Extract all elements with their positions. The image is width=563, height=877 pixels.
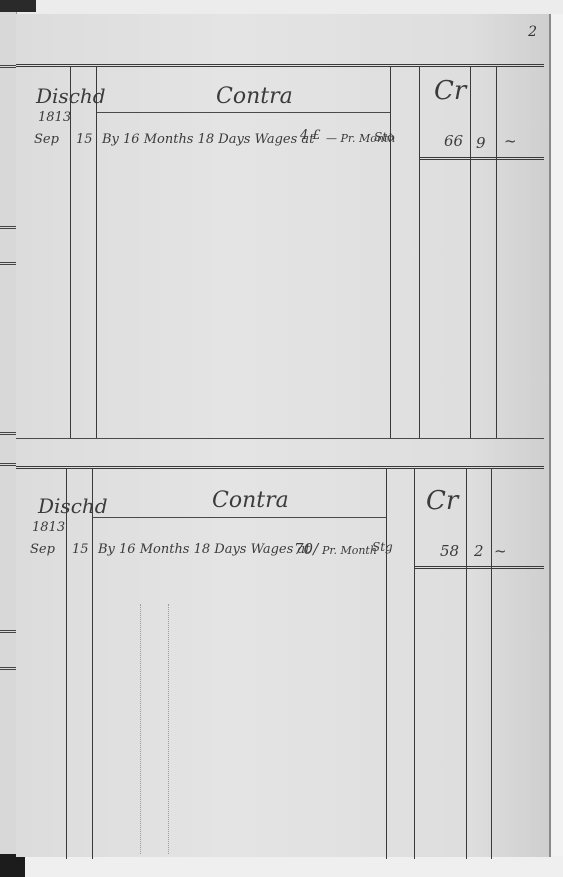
section-top-rule: [16, 466, 544, 469]
header-title: Contra: [212, 488, 289, 513]
entry-currency: Sto: [374, 130, 394, 144]
page-number: 2: [528, 24, 537, 40]
header-rule: [96, 112, 390, 113]
scan-corner-shadow: [0, 0, 36, 12]
entry-day: 15: [76, 132, 93, 147]
entry-per: Pr. Month: [322, 544, 377, 557]
entry-pence: ~: [494, 542, 507, 560]
entry-shillings: 2: [474, 542, 484, 560]
entry-pence: ~: [504, 132, 517, 150]
entry-description: By 16 Months 18 Days Wages at: [98, 542, 310, 557]
header-side: Cr: [434, 76, 466, 106]
facing-page-rule: [0, 432, 16, 435]
header-rule: [92, 517, 386, 518]
total-rule: [414, 566, 544, 569]
entry-month: Sep: [34, 132, 59, 147]
facing-page-rule: [0, 463, 16, 466]
folio-column-rule: [386, 469, 387, 859]
facing-page-rule: [0, 667, 16, 670]
facing-page-rule: [0, 630, 16, 633]
header-date-label: Dischd: [36, 84, 106, 108]
header-title: Contra: [216, 84, 293, 109]
faint-guide-rule: [168, 604, 169, 854]
shillings-column-rule: [470, 66, 471, 438]
entry-pounds: 66: [444, 132, 463, 150]
facing-page-rule: [0, 65, 16, 68]
faint-guide-rule: [140, 604, 141, 854]
entry-pounds: 58: [440, 542, 459, 560]
shillings-column-rule: [466, 469, 467, 859]
pounds-column-rule: [419, 66, 420, 438]
scan-bottom-margin: [25, 856, 563, 877]
pounds-column-rule: [414, 469, 415, 859]
entry-month: Sep: [30, 542, 55, 557]
scan-top-margin: [0, 0, 563, 14]
facing-page-rule: [0, 262, 16, 265]
entry-rate: 70/: [294, 540, 318, 558]
header-side: Cr: [426, 486, 458, 516]
facing-page-rule: [0, 226, 16, 229]
entry-description: By 16 Months 18 Days Wages at: [102, 132, 314, 147]
pence-column-rule: [491, 469, 492, 859]
section-bottom-rule: [16, 438, 544, 439]
scan-corner-shadow-bottom: [0, 854, 25, 877]
folio-column-rule: [390, 66, 391, 438]
header-year: 1813: [32, 520, 65, 535]
day-column-rule: [92, 469, 93, 859]
pence-column-rule: [496, 66, 497, 438]
header-year: 1813: [38, 110, 71, 125]
entry-rate: 4 £: [300, 128, 321, 143]
date-column-rule: [66, 469, 67, 859]
entry-shillings: 9: [476, 134, 486, 152]
ledger-page: 2 Dischd 1813 Contra Cr Sep 15 By 16 Mon…: [16, 14, 551, 857]
header-date-label: Dischd: [38, 494, 108, 518]
total-rule: [419, 157, 544, 160]
day-column-rule: [96, 66, 97, 438]
entry-day: 15: [72, 542, 89, 557]
entry-currency: Stg: [372, 540, 393, 554]
